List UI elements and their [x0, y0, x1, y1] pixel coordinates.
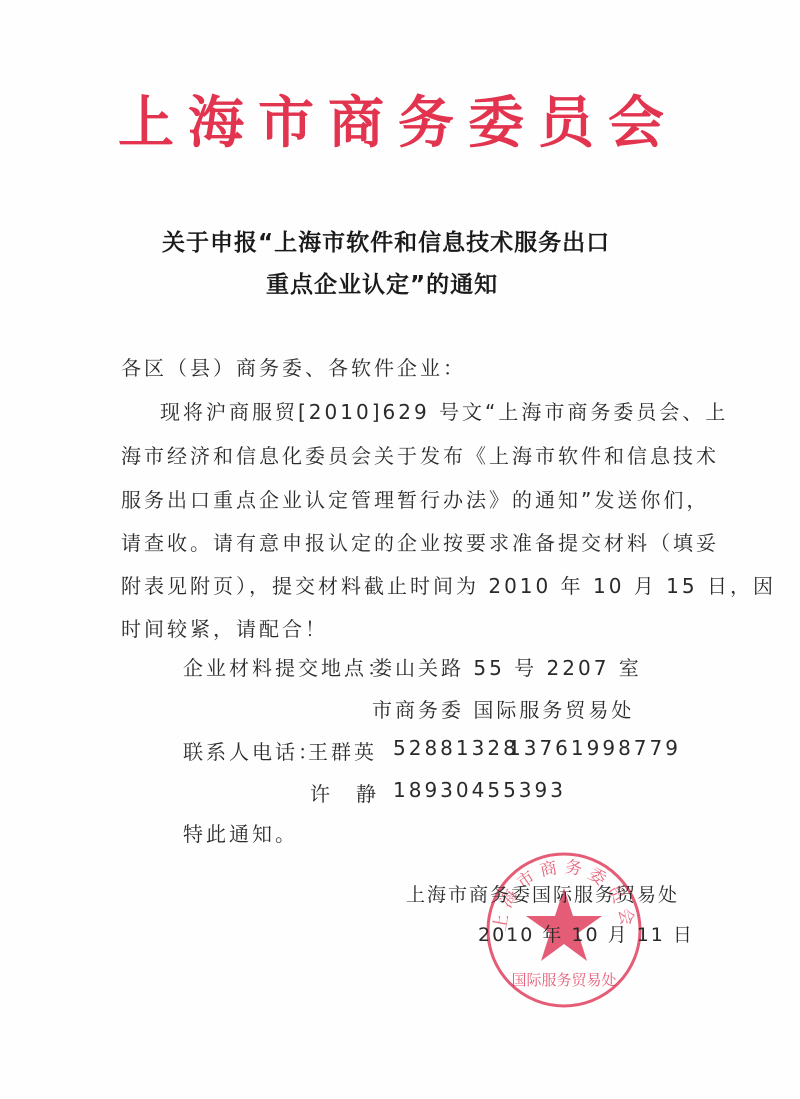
signature-date: 2010 年 10 月 11 日	[478, 920, 694, 947]
body-line: 现将沪商服贸[2010]629 号文“上海市商务委员会、上	[160, 396, 728, 425]
contact-name: 王群英	[308, 736, 377, 765]
contact-phone: 52881328	[393, 736, 519, 760]
body-line: 附表见附页），提交材料截止时间为 2010 年 10 月 15 日，因	[121, 570, 776, 599]
submission-department: 市商务委 国际服务贸易处	[372, 694, 634, 723]
body-line: 服务出口重点企业认定管理暂行办法》的通知”发送你们，	[121, 484, 709, 513]
body-line: 时间较紧，请配合！	[121, 613, 328, 642]
salutation: 各区（县）商务委、各软件企业：	[121, 352, 466, 381]
contact-name: 许 静	[310, 778, 379, 807]
seal-bottom-text: 国际服务贸易处	[511, 971, 616, 989]
contacts-label: 联系人电话：	[183, 736, 321, 765]
body-line: 海市经济和信息化委员会关于发布《上海市软件和信息技术	[121, 440, 719, 469]
body-line: 请查收。请有意申报认定的企业按要求准备提交材料（填妥	[121, 527, 719, 556]
letterhead-org-name: 上海市商务委员会	[118, 88, 678, 158]
submission-label: 企业材料提交地点：	[183, 652, 390, 681]
contact-mobile: 13761998779	[508, 736, 681, 760]
signature-org: 上海市商务委国际服务贸易处	[406, 880, 679, 907]
document-page: 上海市商务委员会 关于申报“上海市软件和信息技术服务出口 重点企业认定”的通知 …	[0, 0, 800, 1099]
contact-mobile: 18930455393	[393, 778, 566, 802]
notice-title-line-2: 重点企业认定”的通知	[266, 266, 766, 299]
closing-text: 特此通知。	[183, 818, 298, 847]
notice-title-line-1: 关于申报“上海市软件和信息技术服务出口	[162, 224, 662, 257]
submission-address: 娄山关路 55 号 2207 室	[372, 652, 642, 681]
